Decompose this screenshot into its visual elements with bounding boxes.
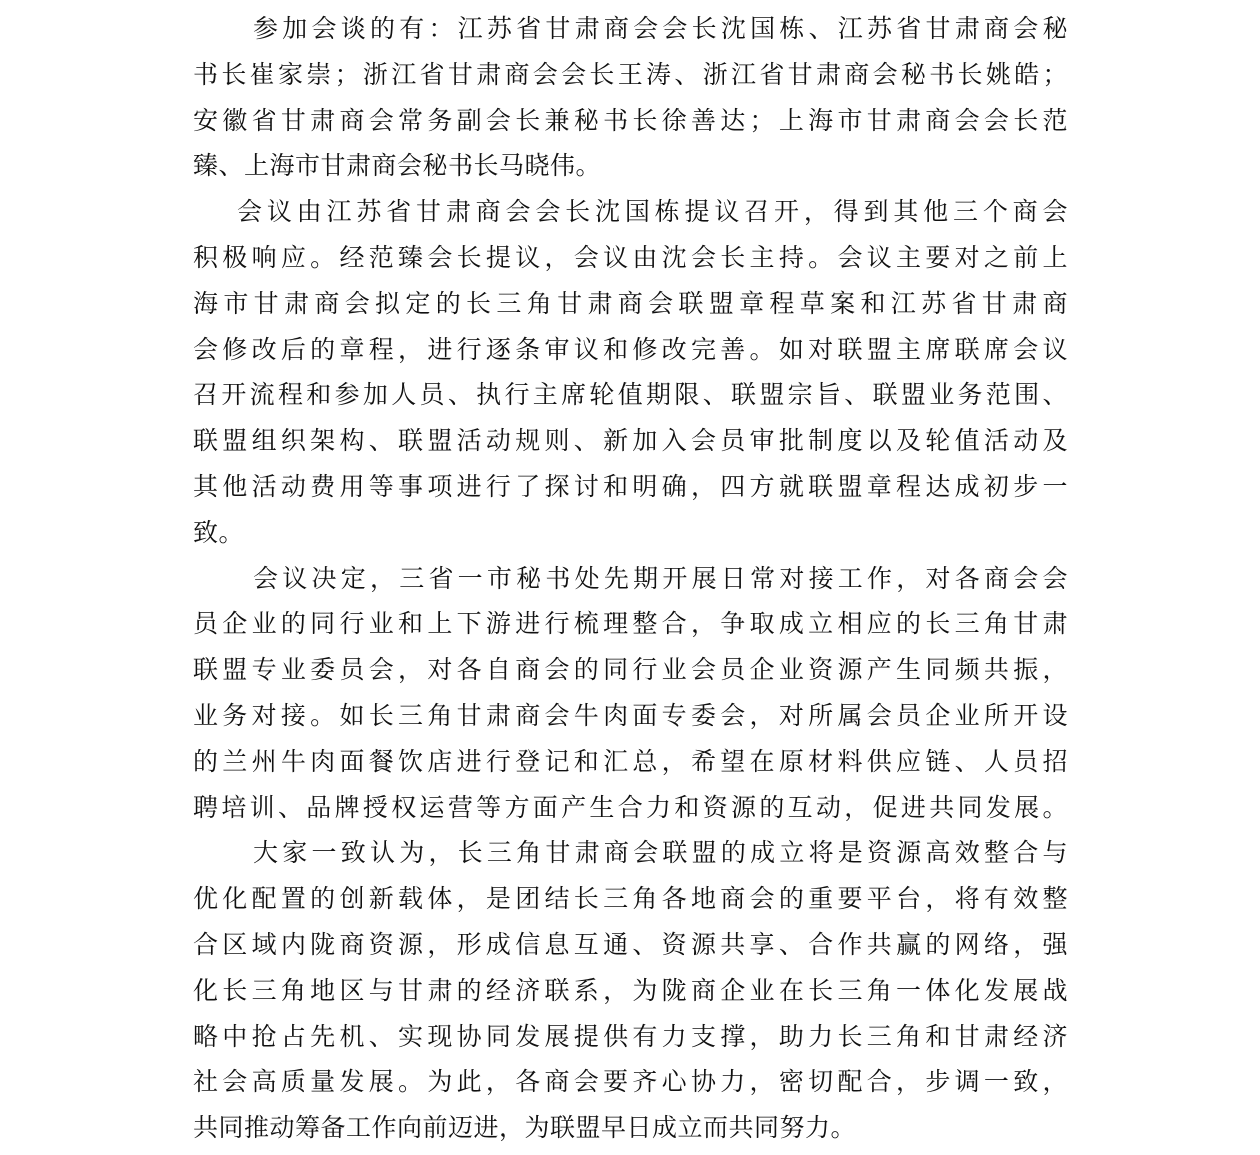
text-line: 其他活动费用等事项进行了探讨和明确，四方就联盟章程达成初步一 <box>193 464 1068 510</box>
text-line: 共同推动筹备工作向前迈进，为联盟早日成立而共同努力。 <box>193 1105 1068 1151</box>
text-line: 书长崔家崇；浙江省甘肃商会会长王涛、浙江省甘肃商会秘书长姚皓； <box>193 52 1068 98</box>
text-line: 会议决定，三省一市秘书处先期开展日常对接工作，对各商会会 <box>193 556 1068 602</box>
text-line: 优化配置的创新载体，是团结长三角各地商会的重要平台，将有效整 <box>193 876 1068 922</box>
text-line: 略中抢占先机、实现协同发展提供有力支撑，助力长三角和甘肃经济 <box>193 1014 1068 1060</box>
paragraph-attendees: 参加会谈的有：江苏省甘肃商会会长沈国栋、江苏省甘肃商会秘 书长崔家崇；浙江省甘肃… <box>193 6 1068 189</box>
text-line: 臻、上海市甘肃商会秘书长马晓伟。 <box>193 143 1068 189</box>
text-line: 安徽省甘肃商会常务副会长兼秘书长徐善达；上海市甘肃商会会长范 <box>193 98 1068 144</box>
text-line: 业务对接。如长三角甘肃商会牛肉面专委会，对所属会员企业所开设 <box>193 693 1068 739</box>
document-page: 参加会谈的有：江苏省甘肃商会会长沈国栋、江苏省甘肃商会秘 书长崔家崇；浙江省甘肃… <box>193 6 1068 1151</box>
paragraph-consensus: 大家一致认为，长三角甘肃商会联盟的成立将是资源高效整合与 优化配置的创新载体，是… <box>193 830 1068 1151</box>
paragraph-meeting-decision: 会议决定，三省一市秘书处先期开展日常对接工作，对各商会会 员企业的同行业和上下游… <box>193 556 1068 831</box>
text-line: 化长三角地区与甘肃的经济联系，为陇商企业在长三角一体化发展战 <box>193 968 1068 1014</box>
text-line: 海市甘肃商会拟定的长三角甘肃商会联盟章程草案和江苏省甘肃商 <box>193 281 1068 327</box>
text-line: 召开流程和参加人员、执行主席轮值期限、联盟宗旨、联盟业务范围、 <box>193 372 1068 418</box>
text-line: 大家一致认为，长三角甘肃商会联盟的成立将是资源高效整合与 <box>193 830 1068 876</box>
text-line: 社会高质量发展。为此，各商会要齐心协力，密切配合，步调一致， <box>193 1059 1068 1105</box>
text-line: 会议由江苏省甘肃商会会长沈国栋提议召开，得到其他三个商会 <box>193 189 1068 235</box>
text-line: 会修改后的章程，进行逐条审议和修改完善。如对联盟主席联席会议 <box>193 327 1068 373</box>
text-line: 联盟组织架构、联盟活动规则、新加入会员审批制度以及轮值活动及 <box>193 418 1068 464</box>
text-line: 员企业的同行业和上下游进行梳理整合，争取成立相应的长三角甘肃 <box>193 601 1068 647</box>
text-line: 合区域内陇商资源，形成信息互通、资源共享、合作共赢的网络，强 <box>193 922 1068 968</box>
paragraph-meeting-content: 会议由江苏省甘肃商会会长沈国栋提议召开，得到其他三个商会 积极响应。经范臻会长提… <box>193 189 1068 555</box>
text-line: 联盟专业委员会，对各自商会的同行业会员企业资源产生同频共振， <box>193 647 1068 693</box>
text-line: 聘培训、品牌授权运营等方面产生合力和资源的互动，促进共同发展。 <box>193 785 1068 831</box>
text-line: 积极响应。经范臻会长提议，会议由沈会长主持。会议主要对之前上 <box>193 235 1068 281</box>
text-line: 参加会谈的有：江苏省甘肃商会会长沈国栋、江苏省甘肃商会秘 <box>193 6 1068 52</box>
text-line: 致。 <box>193 510 1068 556</box>
text-line: 的兰州牛肉面餐饮店进行登记和汇总，希望在原材料供应链、人员招 <box>193 739 1068 785</box>
